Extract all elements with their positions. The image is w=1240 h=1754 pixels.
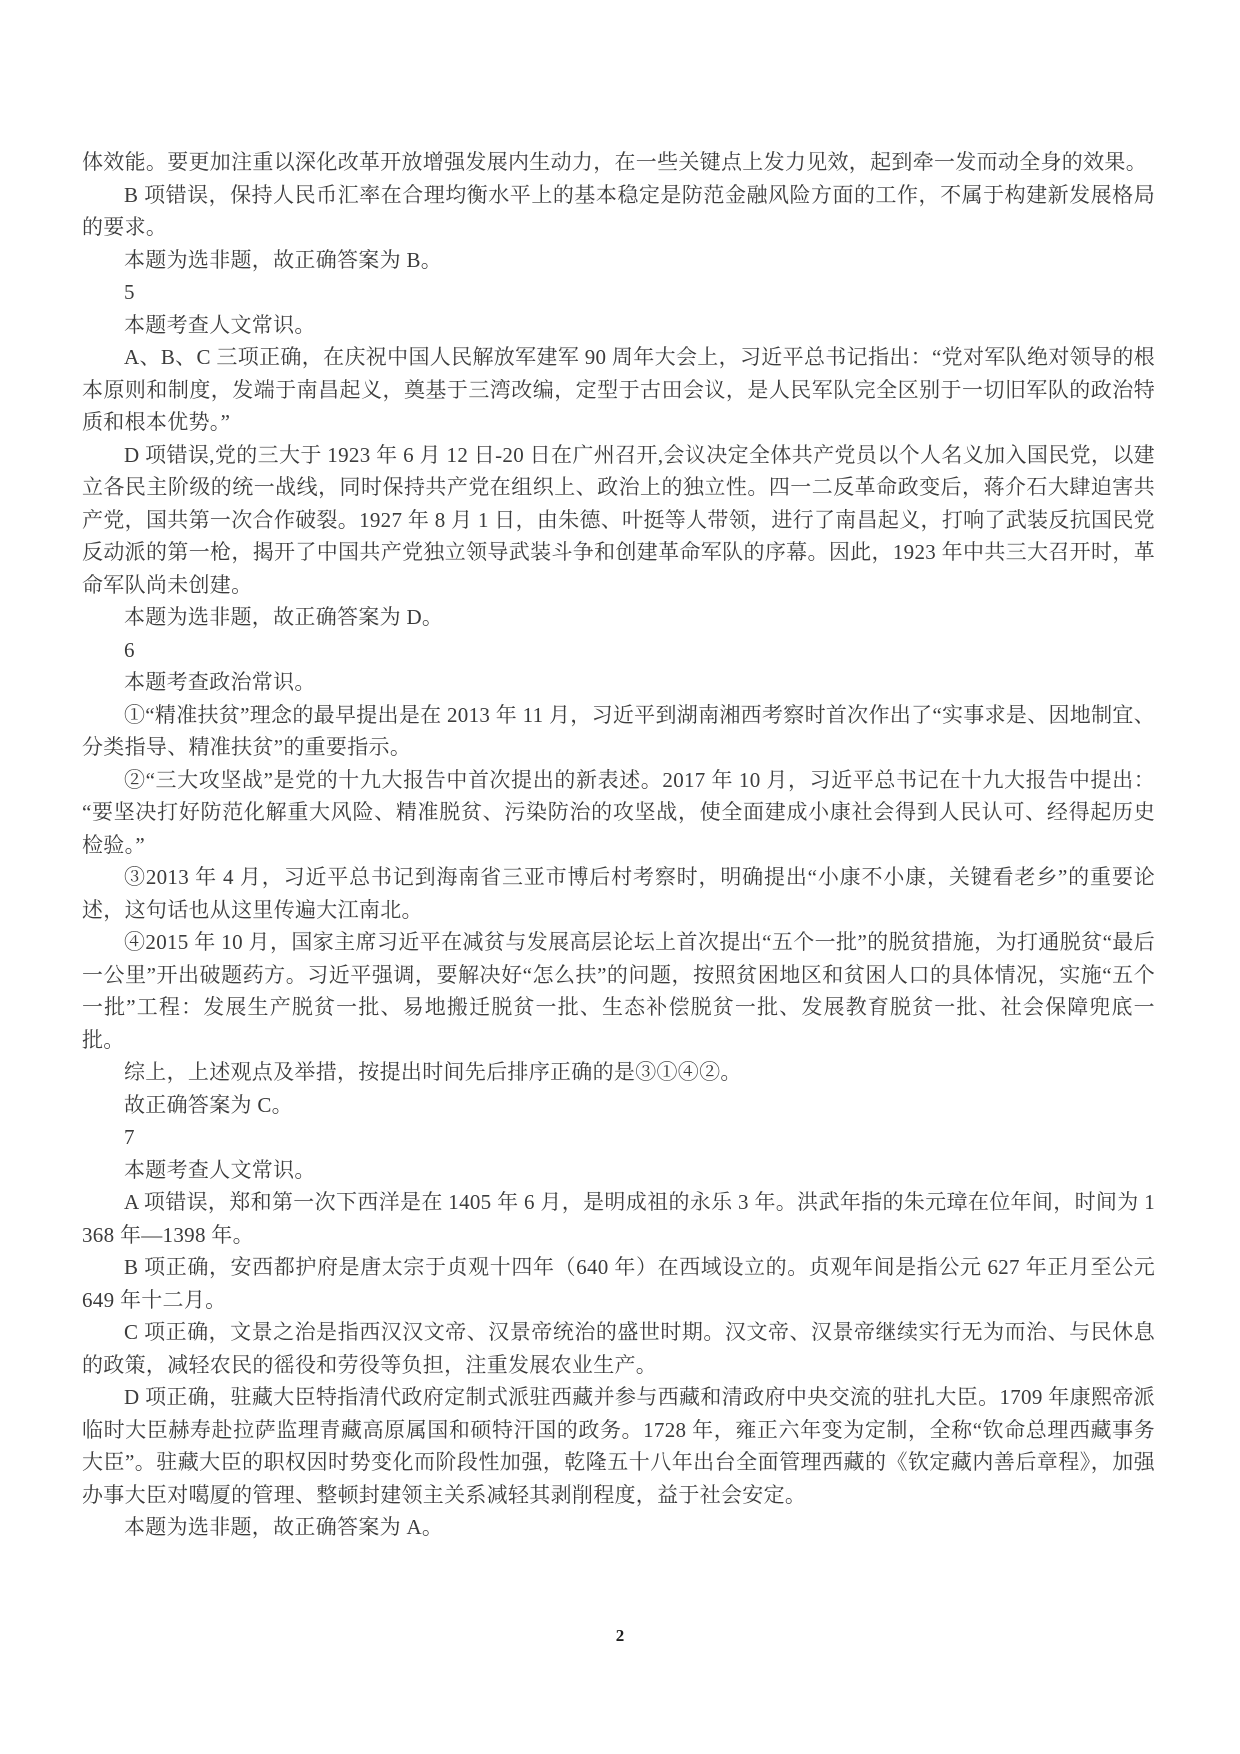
exam-point-q5: 本题考查人文常识。 [82, 309, 1155, 342]
point-1-analysis-q6: ①“精准扶贫”理念的最早提出是在 2013 年 11 月，习近平到湖南湘西考察时… [82, 699, 1155, 764]
summary-line-q6: 综上，上述观点及举措，按提出时间先后排序正确的是③①④②。 [82, 1056, 1155, 1089]
page-number: 2 [616, 1626, 625, 1645]
option-b-analysis: B 项错误，保持人民币汇率在合理均衡水平上的基本稳定是防范金融风险方面的工作，不… [82, 179, 1155, 244]
option-a-analysis-q7: A 项错误，郑和第一次下西洋是在 1405 年 6 月，是明成祖的永乐 3 年。… [82, 1186, 1155, 1251]
answer-line-q4: 本题为选非题，故正确答案为 B。 [82, 244, 1155, 277]
answer-line-q5: 本题为选非题，故正确答案为 D。 [82, 601, 1155, 634]
point-4-analysis-q6: ④2015 年 10 月，国家主席习近平在减贫与发展高层论坛上首次提出“五个一批… [82, 926, 1155, 1056]
point-3-analysis-q6: ③2013 年 4 月，习近平总书记到海南省三亚市博后村考察时，明确提出“小康不… [82, 861, 1155, 926]
continuation-text: 体效能。要更加注重以深化改革开放增强发展内生动力，在一些关键点上发力见效，起到牵… [82, 146, 1155, 179]
point-2-analysis-q6: ②“三大攻坚战”是党的十九大报告中首次提出的新表述。2017 年 10 月，习近… [82, 764, 1155, 862]
option-c-analysis-q7: C 项正确，文景之治是指西汉汉文帝、汉景帝统治的盛世时期。汉文帝、汉景帝继续实行… [82, 1316, 1155, 1381]
exam-point-q6: 本题考查政治常识。 [82, 666, 1155, 699]
page-footer: 2 [0, 1626, 1240, 1646]
document-page: 体效能。要更加注重以深化改革开放增强发展内生动力，在一些关键点上发力见效，起到牵… [0, 0, 1240, 1754]
option-d-analysis-q5: D 项错误,党的三大于 1923 年 6 月 12 日-20 日在广州召开,会议… [82, 439, 1155, 602]
option-d-analysis-q7: D 项正确，驻藏大臣特指清代政府定制式派驻西藏并参与西藏和清政府中央交流的驻扎大… [82, 1381, 1155, 1511]
answer-line-q6: 故正确答案为 C。 [82, 1089, 1155, 1122]
answer-explanations: 体效能。要更加注重以深化改革开放增强发展内生动力，在一些关键点上发力见效，起到牵… [82, 146, 1155, 1544]
answer-line-q7: 本题为选非题，故正确答案为 A。 [82, 1511, 1155, 1544]
exam-point-q7: 本题考查人文常识。 [82, 1154, 1155, 1187]
question-number-7: 7 [82, 1121, 1155, 1154]
question-number-6: 6 [82, 634, 1155, 667]
option-b-analysis-q7: B 项正确，安西都护府是唐太宗于贞观十四年（640 年）在西域设立的。贞观年间是… [82, 1251, 1155, 1316]
question-number-5: 5 [82, 276, 1155, 309]
options-abc-analysis-q5: A、B、C 三项正确，在庆祝中国人民解放军建军 90 周年大会上，习近平总书记指… [82, 341, 1155, 439]
